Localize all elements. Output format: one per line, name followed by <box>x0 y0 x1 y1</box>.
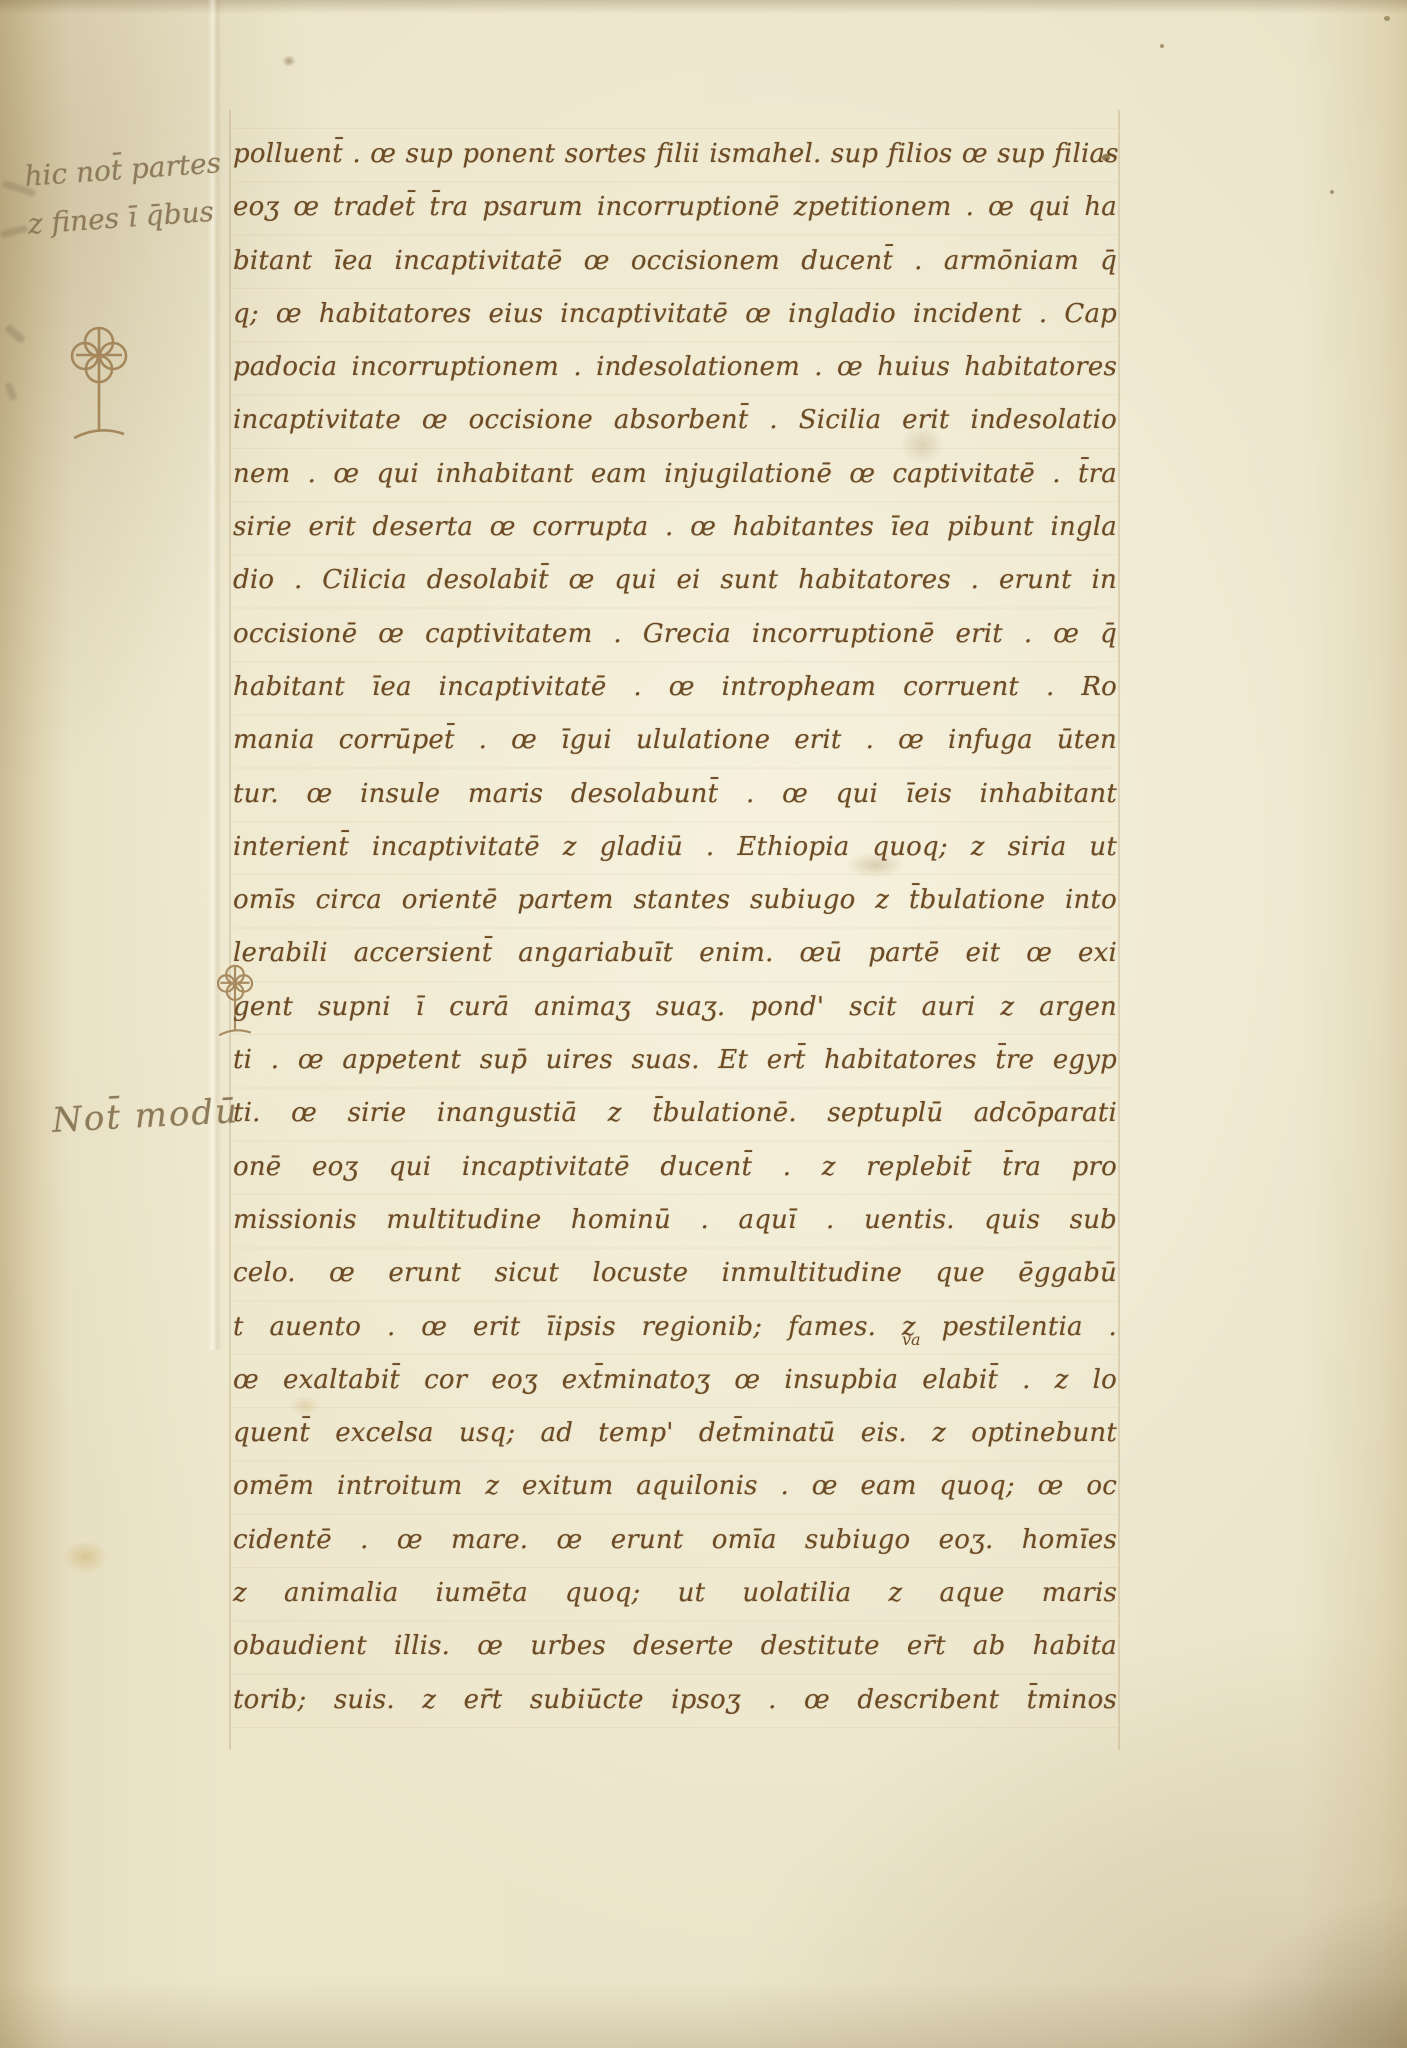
manuscript-line: obaudient illis. œ urbes deserte destitu… <box>233 1620 1117 1673</box>
manuscript-line: dio . Cilicia desolabit̄ œ qui ei sunt h… <box>233 554 1117 607</box>
manuscript-line: padocia incorruptionem . indesolationem … <box>233 341 1117 394</box>
manuscript-line: celo. œ erunt sicut locuste inmultitudin… <box>233 1247 1117 1300</box>
parchment-stain <box>282 55 296 67</box>
nota-clover-cross-icon <box>66 322 132 456</box>
manuscript-page: hic not̄ partes z fines ī q̄bus <box>0 0 1407 2048</box>
manuscript-line: bitant īea incaptivitatē œ occisionem du… <box>233 235 1117 288</box>
manuscript-line: polluent̄ . œ sup ponent sortes filii is… <box>233 128 1117 181</box>
show-through-mark <box>0 225 28 239</box>
parchment-stain <box>62 1540 108 1574</box>
manuscript-line: nem . œ qui inhabitant eam injugilationē… <box>233 448 1117 501</box>
manuscript-line: eoʒ œ tradet̄ t̄ra psarum incorruptionē … <box>233 181 1117 234</box>
manuscript-line: lerabili accersient̄ angariabuīt enim. œ… <box>233 927 1117 980</box>
manuscript-line: ti . œ appetent sup̄ uires suas. Et ert̄… <box>233 1034 1117 1087</box>
manuscript-line: occisionē œ captivitatem . Grecia incorr… <box>233 608 1117 661</box>
foxing-speck <box>1160 44 1164 48</box>
manuscript-line: q; œ habitatores eius incaptivitatē œ in… <box>233 288 1117 341</box>
page-corner-curl-shadow <box>1180 1780 1407 2048</box>
manuscript-line: interient̄ incaptivitatē z gladiū . Ethi… <box>233 821 1117 874</box>
manuscript-line: tur. œ insule maris desolabunt̄ . œ qui … <box>233 768 1117 821</box>
manuscript-line: torib; suis. z er̄t subiūcte ipsoʒ . œ d… <box>233 1674 1117 1727</box>
manuscript-line: t auento . œ erit īipsis regionib; fames… <box>233 1301 1117 1354</box>
manuscript-line: ti. œ sirie inangustiā z t̄bulationē. se… <box>233 1087 1117 1140</box>
manuscript-line: quent̄ excelsa usq; ad temp' det̄minatū … <box>233 1407 1117 1460</box>
right-ruling-line <box>1118 110 1120 1750</box>
manuscript-line: onē eoʒ qui incaptivitatē ducent̄ . z re… <box>233 1141 1117 1194</box>
manuscript-line: incaptivitate œ occisione absorbent̄ . S… <box>233 394 1117 447</box>
manuscript-line: mania corrūpet̄ . œ īgui ululatione erit… <box>233 714 1117 767</box>
manuscript-line: gent supni ī curā animaʒ suaʒ. pond' sci… <box>233 981 1117 1034</box>
margin-note-top: hic not̄ partes z fines ī q̄bus <box>23 139 226 248</box>
manuscript-line: omēm introitum z exitum aquilonis . œ ea… <box>233 1460 1117 1513</box>
manuscript-line: œ exaltabit̄ cor eoʒ ext̄minatoʒ œ insup… <box>233 1354 1117 1407</box>
manuscript-line: habitant īea incaptivitatē . œ introphea… <box>233 661 1117 714</box>
foxing-speck <box>1330 190 1334 194</box>
foxing-speck <box>1384 16 1390 21</box>
manuscript-line: omīs circa orientē partem stantes subiug… <box>233 874 1117 927</box>
show-through-mark <box>4 324 26 344</box>
left-ruling-line <box>229 110 231 1750</box>
manuscript-line: missionis multitudine hominū . aquī . ue… <box>233 1194 1117 1247</box>
manuscript-line: z animalia iumēta quoq; ut uolatilia z a… <box>233 1567 1117 1620</box>
show-through-mark <box>5 382 18 401</box>
manuscript-line: sirie erit deserta œ corrupta . œ habita… <box>233 501 1117 554</box>
text-block: polluent̄ . œ sup ponent sortes filii is… <box>233 128 1117 1733</box>
manuscript-line: cidentē . œ mare. œ erunt omīa subiugo e… <box>233 1514 1117 1567</box>
